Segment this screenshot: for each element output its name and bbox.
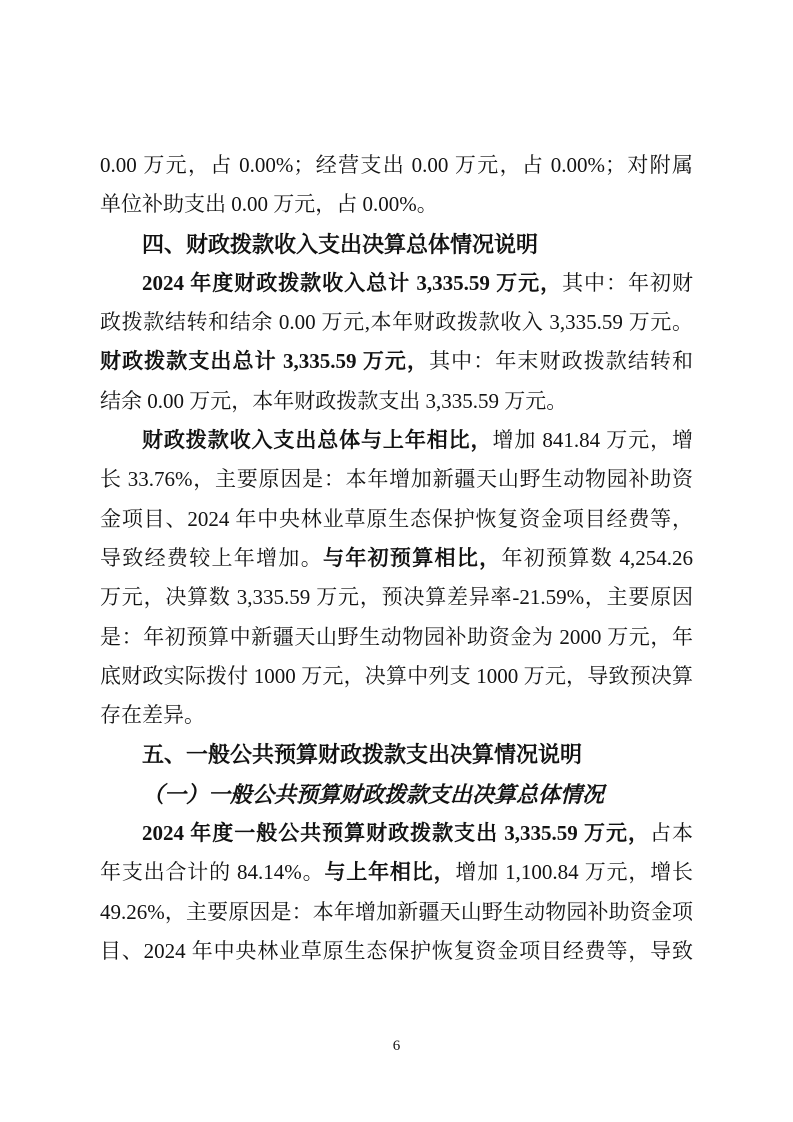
text-line: 目、2024 年中央林业草原生态保护恢复资金项目经费等，导致	[100, 932, 693, 971]
text-segment: 其中：年初财	[562, 271, 693, 295]
text-segment: 0.00 万元，占 0.00%；经营支出 0.00 万元，占 0.00%；对附属	[100, 153, 693, 177]
text-line: 长 33.76%，主要原因是：本年增加新疆天山野生动物园补助资	[100, 460, 693, 499]
text-segment: 49.26%，主要原因是：本年增加新疆天山野生动物园补助资金项	[100, 900, 693, 924]
text-segment: 与上年相比，	[324, 860, 455, 884]
text-line: 财政拨款收入支出总体与上年相比，增加 841.84 万元，增	[100, 421, 693, 460]
text-segment: （一）一般公共预算财政拨款支出决算总体情况	[142, 782, 604, 807]
document-body: 0.00 万元，占 0.00%；经营支出 0.00 万元，占 0.00%；对附属…	[100, 146, 693, 971]
text-line: 年支出合计的 84.14%。与上年相比，增加 1,100.84 万元，增长	[100, 853, 693, 892]
text-segment: 存在差异。	[100, 703, 205, 727]
text-line: 是：年初预算中新疆天山野生动物园补助资金为 2000 万元，年	[100, 618, 693, 657]
text-segment: 年支出合计的 84.14%。	[100, 860, 324, 884]
text-segment: 其中：年末财政拨款结转和	[429, 349, 693, 373]
text-segment: 导致经费较上年增加。	[100, 546, 323, 570]
text-segment: 政拨款结转和结余 0.00 万元,本年财政拨款收入 3,335.59 万元。	[100, 310, 693, 334]
page-footer: 6	[0, 1035, 793, 1057]
text-line: 金项目、2024 年中央林业草原生态保护恢复资金项目经费等，	[100, 500, 693, 539]
text-line: 49.26%，主要原因是：本年增加新疆天山野生动物园补助资金项	[100, 893, 693, 932]
text-segment: 占本	[650, 821, 693, 845]
text-line: 导致经费较上年增加。与年初预算相比，年初预算数 4,254.26	[100, 539, 693, 578]
text-segment: 万元，决算数 3,335.59 万元，预决算差异率-21.59%，主要原因	[100, 585, 693, 609]
text-line: 万元，决算数 3,335.59 万元，预决算差异率-21.59%，主要原因	[100, 578, 693, 617]
text-line: 底财政实际拨付 1000 万元，决算中列支 1000 万元，导致预决算	[100, 657, 693, 696]
text-line: 2024 年度一般公共预算财政拨款支出 3,335.59 万元，占本	[100, 814, 693, 853]
text-segment: 增加 841.84 万元，增	[492, 428, 693, 452]
text-line: 结余 0.00 万元，本年财政拨款支出 3,335.59 万元。	[100, 382, 693, 421]
text-line: 财政拨款支出总计 3,335.59 万元，其中：年末财政拨款结转和	[100, 342, 693, 381]
text-line: 政拨款结转和结余 0.00 万元,本年财政拨款收入 3,335.59 万元。	[100, 303, 693, 342]
text-segment: 是：年初预算中新疆天山野生动物园补助资金为 2000 万元，年	[100, 625, 693, 649]
text-segment: 与年初预算相比，	[323, 546, 501, 570]
text-segment: 底财政实际拨付 1000 万元，决算中列支 1000 万元，导致预决算	[100, 664, 693, 688]
text-segment: 2024 年度一般公共预算财政拨款支出 3,335.59 万元，	[142, 821, 650, 845]
text-segment: 结余 0.00 万元，本年财政拨款支出 3,335.59 万元。	[100, 389, 567, 413]
text-segment: 五、一般公共预算财政拨款支出决算情况说明	[142, 742, 582, 767]
section-heading: 五、一般公共预算财政拨款支出决算情况说明	[100, 735, 693, 774]
text-segment: 年初预算数 4,254.26	[501, 546, 693, 570]
text-segment: 单位补助支出 0.00 万元，占 0.00%。	[100, 192, 438, 216]
page-number: 6	[393, 1038, 401, 1054]
text-line: 0.00 万元，占 0.00%；经营支出 0.00 万元，占 0.00%；对附属	[100, 146, 693, 185]
text-segment: 财政拨款支出总计 3,335.59 万元，	[100, 349, 429, 373]
text-segment: 长 33.76%，主要原因是：本年增加新疆天山野生动物园补助资	[100, 467, 693, 491]
text-line: 存在差异。	[100, 696, 693, 735]
text-segment: 四、财政拨款收入支出决算总体情况说明	[142, 232, 538, 257]
document-page: 0.00 万元，占 0.00%；经营支出 0.00 万元，占 0.00%；对附属…	[0, 0, 793, 1122]
text-segment: 金项目、2024 年中央林业草原生态保护恢复资金项目经费等，	[100, 507, 693, 531]
section-heading: （一）一般公共预算财政拨款支出决算总体情况	[100, 775, 693, 814]
text-line: 2024 年度财政拨款收入总计 3,335.59 万元，其中：年初财	[100, 264, 693, 303]
text-segment: 2024 年度财政拨款收入总计 3,335.59 万元，	[142, 271, 562, 295]
text-segment: 增加 1,100.84 万元，增长	[455, 860, 693, 884]
text-segment: 财政拨款收入支出总体与上年相比，	[142, 428, 492, 452]
text-line: 单位补助支出 0.00 万元，占 0.00%。	[100, 185, 693, 224]
text-segment: 目、2024 年中央林业草原生态保护恢复资金项目经费等，导致	[100, 939, 693, 963]
section-heading: 四、财政拨款收入支出决算总体情况说明	[100, 225, 693, 264]
